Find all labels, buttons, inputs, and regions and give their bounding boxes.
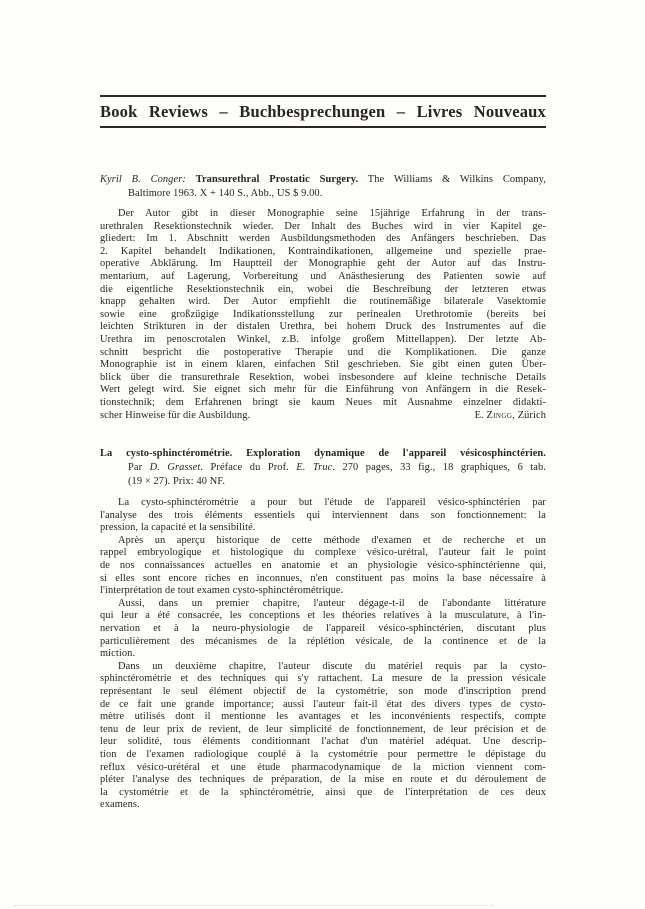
text-line: la cystométrie et de la sphinctérométrie… [100,787,546,800]
review-paragraph-french-4: Dans un deuxième chapitre, l'auteur disc… [100,661,546,812]
text-line: Dans un deuxième chapitre, l'auteur disc… [100,661,546,674]
text-line: particulièrement des mécanismes de la ré… [100,636,546,649]
text-line: Wert gelegt wird. Sie eignet sich mehr f… [100,384,546,397]
text-line: gliedert: Im 1. Abschnitt werden Ausbild… [100,233,546,246]
text-line: leichten Strikturen in der distalen Uret… [100,321,546,334]
page-title: Book Reviews – Buchbesprechungen – Livre… [100,102,546,122]
text-line: l'analyse des trois éléments essentiels … [100,510,546,523]
text-line: représentant le seul élément objectif de… [100,686,546,699]
text-line: l'interprétation de tout examen cysto-sp… [100,585,546,598]
text-line: (19 × 27). Prix: 40 NF. [100,475,546,489]
text-line: Par D. Grasset. Préface du Prof. E. Truc… [100,461,546,475]
text-line: rappel embryologique et histologique du … [100,547,546,560]
review-paragraph-french-1: La cysto-sphinctérométrie a pour but l'é… [100,497,546,535]
text-line: de nos connaissances actuelles en anatom… [100,560,546,573]
text-line: 2. Kapitel behandelt Indikationen, Kontr… [100,246,546,259]
text-line: urethralen Resektionstechnik wieder. Der… [100,221,546,234]
text-line: reflux vésico-urétéral et une étude phar… [100,762,546,775]
text-line: Baltimore 1963. X + 140 S., Abb., US $ 9… [100,187,546,201]
text-line: Urethra im penoscrotalen Winkel, z.B. in… [100,334,546,347]
text-line: sphinctérométrie et des techniques qui s… [100,673,546,686]
text-line: La cysto-sphinctérométrie. Exploration d… [100,447,546,461]
citation-english: Kyril B. Conger: Transurethral Prostatic… [100,173,546,201]
text-line: operative Abklärung. Im Hauptteil der Mo… [100,258,546,271]
text-line: La cysto-sphinctérométrie a pour but l'é… [100,497,546,510]
review-paragraph-french-3: Aussi, dans un premier chapitre, l'auteu… [100,598,546,661]
text-line: mentarium, auf Lagerung, Vorbereitung un… [100,271,546,284]
text-line: tenu de leur prix de revient, de leur si… [100,724,546,737]
text-line: si elles sont encore riches en inconnues… [100,573,546,586]
book-review-french: La cysto-sphinctérométrie. Exploration d… [100,447,546,812]
text-line: examens. [100,799,546,812]
scan-noise-line [14,905,494,906]
text-line: pression, la capacité et la sensibilité. [100,522,546,535]
text-line: schnitt bespricht die postoperative Ther… [100,347,546,360]
scanned-page: Book Reviews – Buchbesprechungen – Livre… [0,0,645,909]
text-line: qui leur a été consacrée, les conception… [100,610,546,623]
text-line: miction. [100,648,546,661]
text-line: blick über die transurethrale Resektion,… [100,372,546,385]
text-line: nervation et à la neuro-physiologie de l… [100,623,546,636]
header-top-rule [100,95,546,97]
text-line: leur solidité, tous éléments conditionna… [100,736,546,749]
text-line: Après un aperçu historique de cette méth… [100,535,546,548]
text-line: Aussi, dans un premier chapitre, l'auteu… [100,598,546,611]
review-paragraph-german: Der Autor gibt in dieser Monographie sei… [100,208,546,422]
review-paragraph-french-2: Après un aperçu historique de cette méth… [100,535,546,598]
text-line: pléter l'analyse des techniques de prépa… [100,774,546,787]
text-line: Monographie ist in einem klaren, einfach… [100,359,546,372]
text-line: mètre utilisés dont il mentionne les ava… [100,711,546,724]
text-line: Der Autor gibt in dieser Monographie sei… [100,208,546,221]
text-line: de ce fait une grande importance; aussi … [100,699,546,712]
text-line: tionstechnik; dem Erfahrenen bringt sie … [100,397,546,410]
text-line: die eigentliche Resektionstechnik ein, w… [100,284,546,297]
header-bottom-rule [100,126,546,128]
citation-french: La cysto-sphinctérométrie. Exploration d… [100,447,546,489]
text-line: tion de l'examen radiologique couplé à l… [100,749,546,762]
text-line: sowie eine großzügige Indikationsstellun… [100,309,546,322]
book-review-english: Kyril B. Conger: Transurethral Prostatic… [100,173,546,422]
text-line: knapp gehalten wird. Der Autor empfiehlt… [100,296,546,309]
text-line: scher Hinweise für die Ausbildung.E. Zin… [100,410,546,423]
text-line: Kyril B. Conger: Transurethral Prostatic… [100,173,546,187]
journal-header: Book Reviews – Buchbesprechungen – Livre… [100,0,546,128]
